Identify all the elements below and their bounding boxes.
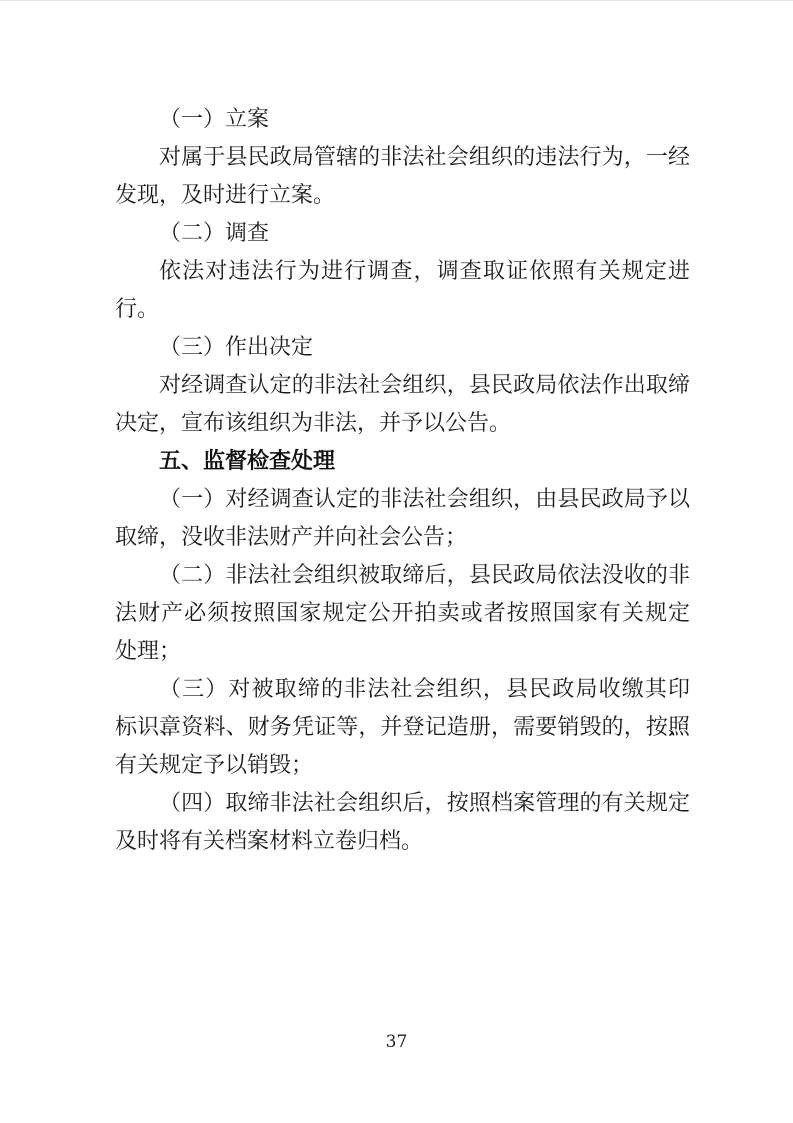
paragraph-item-2-line-1: （二）非法社会组织被取缔后，县民政局依法没收的非 [115,557,690,595]
document-body: （一）立案 对属于县民政局管辖的非法社会组织的违法行为，一经 发现，及时进行立案… [115,101,690,861]
subitem-title-3-decision: （三）作出决定 [115,329,690,367]
subitem-title-2-investigation: （二）调查 [115,215,690,253]
paragraph-filing-line-1: 对属于县民政局管辖的非法社会组织的违法行为，一经 [115,139,690,177]
subitem-title-1-filing: （一）立案 [115,101,690,139]
paragraph-item-3-line-3: 有关规定予以销毁； [115,747,690,785]
paragraph-item-2-line-3: 处理； [115,633,690,671]
paragraph-item-4-line-2: 及时将有关档案材料立卷归档。 [115,823,690,861]
paragraph-filing-line-2: 发现，及时进行立案。 [115,177,690,215]
paragraph-item-2-line-2: 法财产必须按照国家规定公开拍卖或者按照国家有关规定 [115,595,690,633]
paragraph-item-3-line-2: 标识、资料、财务凭证等，并登记造册，需要销毁的，按照 [115,709,690,747]
document-page: （一）立案 对属于县民政局管辖的非法社会组织的违法行为，一经 发现，及时进行立案… [0,0,793,1123]
section-heading-supervision: 五、监督检查处理 [115,443,690,481]
paragraph-item-4-line-1: （四）取缔非法社会组织后，按照档案管理的有关规定 [115,785,690,823]
paragraph-decision-line-1: 对经调查认定的非法社会组织，县民政局依法作出取缔 [115,367,690,405]
paragraph-item-3-line-1: （三）对被取缔的非法社会组织，县民政局收缴其印章、 [115,671,690,709]
page-number: 37 [0,1031,793,1053]
paragraph-decision-line-2: 决定，宣布该组织为非法，并予以公告。 [115,405,690,443]
paragraph-investigation-line-2: 行。 [115,291,690,329]
paragraph-item-1-line-1: （一）对经调查认定的非法社会组织，由县民政局予以 [115,481,690,519]
paragraph-item-1-line-2: 取缔，没收非法财产并向社会公告； [115,519,690,557]
paragraph-investigation-line-1: 依法对违法行为进行调查，调查取证依照有关规定进 [115,253,690,291]
